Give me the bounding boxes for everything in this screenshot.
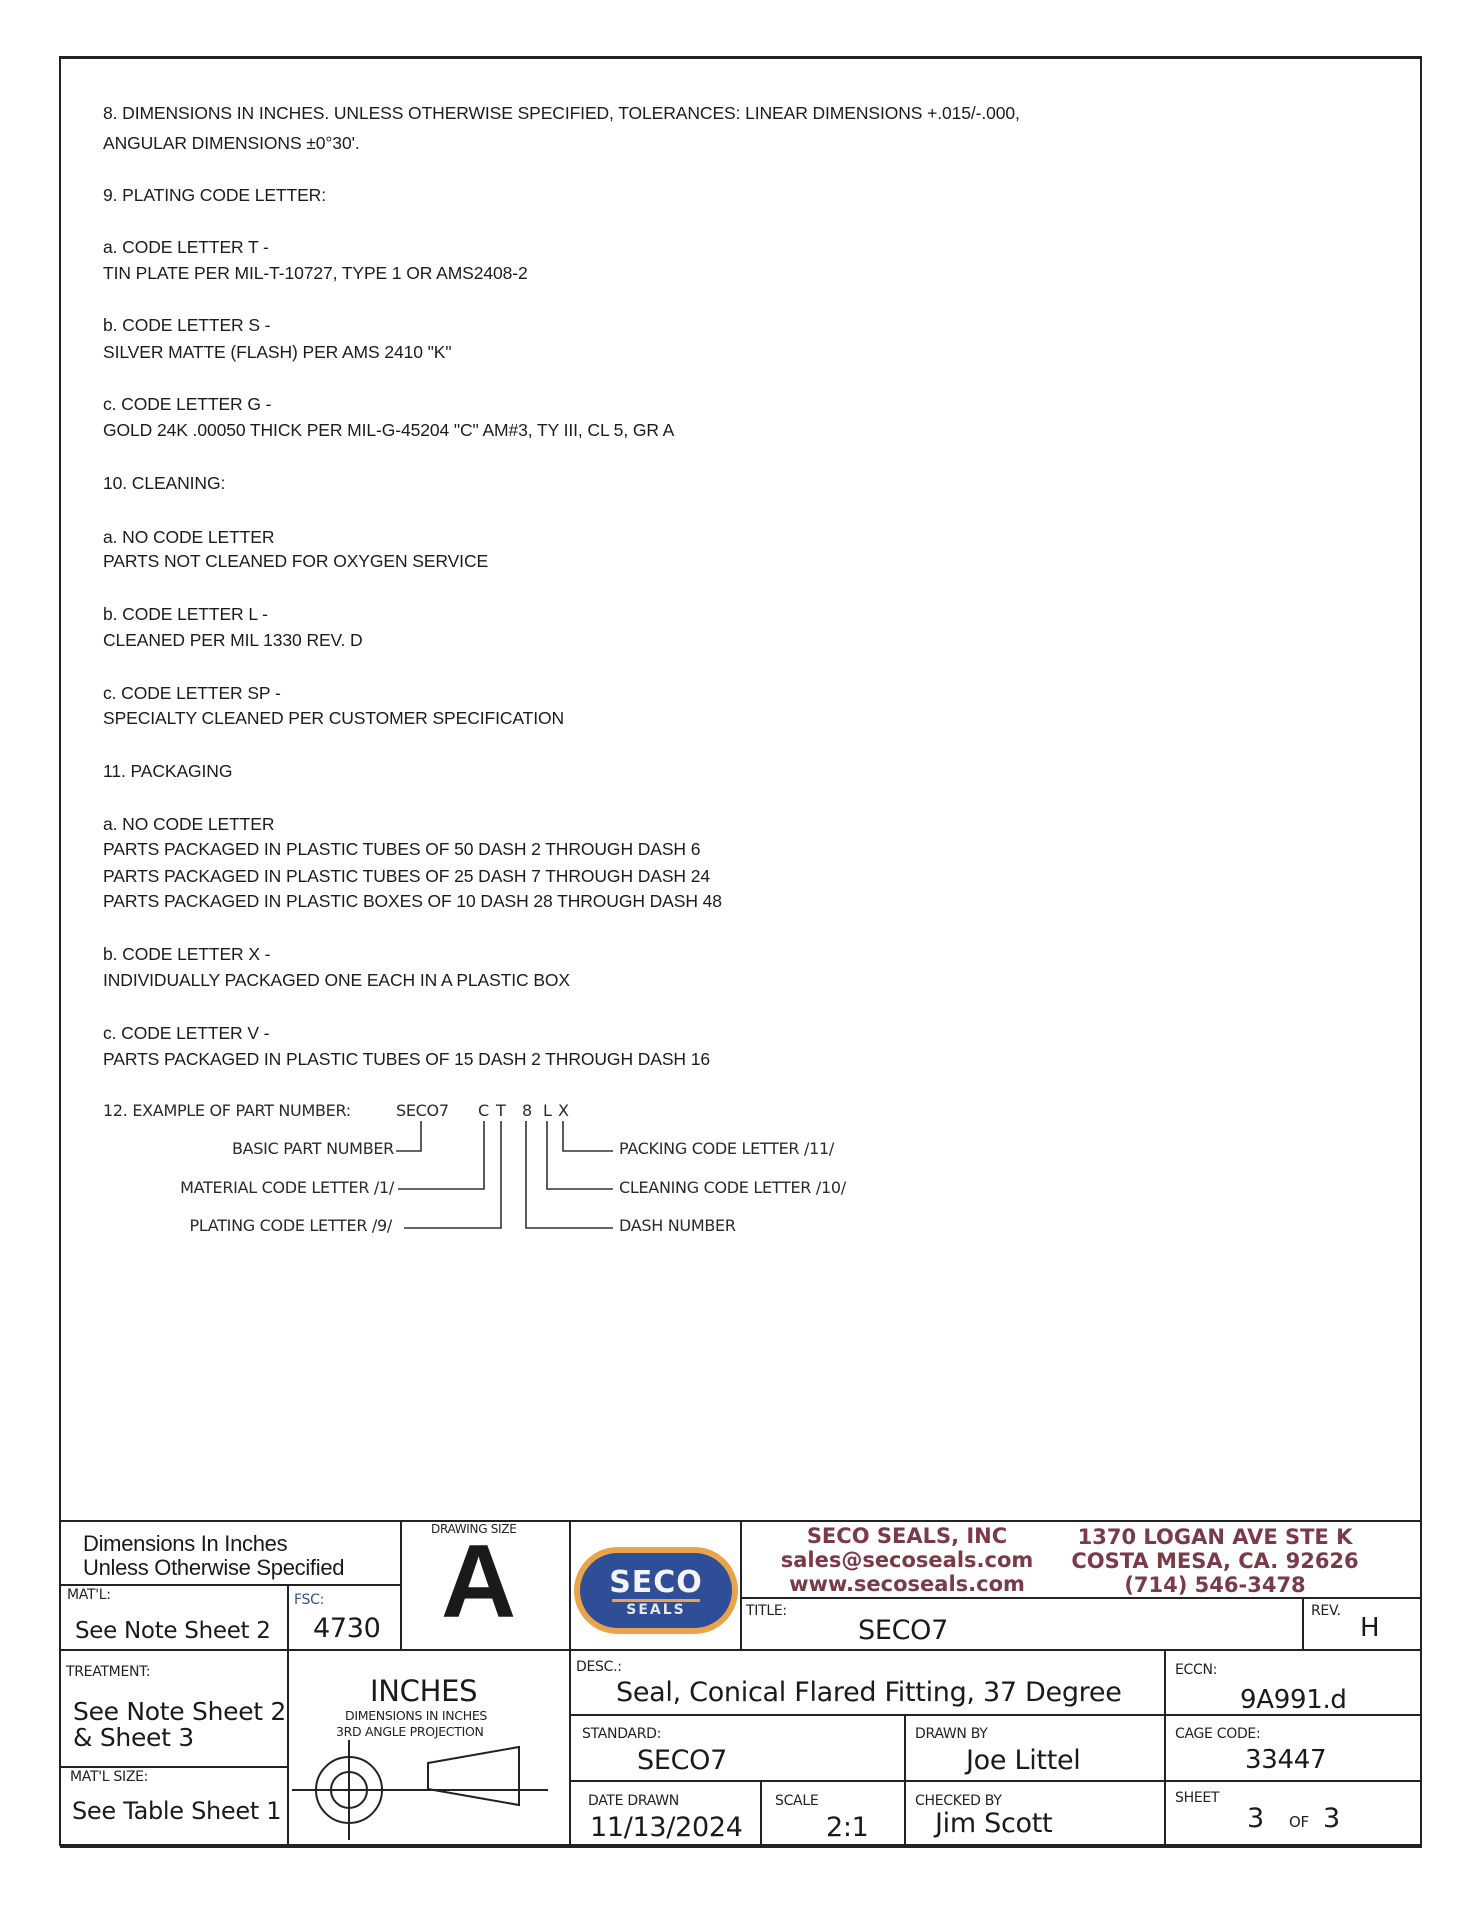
date-drawn-value: 11/13/2024	[590, 1812, 743, 1843]
company-name: SECO SEALS, INC	[742, 1524, 1072, 1548]
treatment-value-1: See Note Sheet 2	[73, 1697, 286, 1726]
logo-seco-text: SECO	[580, 1565, 732, 1600]
company-address: 1370 LOGAN AVE STE K COSTA MESA, CA. 926…	[1065, 1525, 1365, 1597]
title-value: SECO7	[858, 1615, 948, 1646]
sheet-total: 3	[1323, 1803, 1340, 1834]
scale-label: SCALE	[775, 1793, 818, 1809]
eccn-value: 9A991.d	[1240, 1685, 1347, 1715]
units-line-2: 3RD ANGLE PROJECTION	[336, 1724, 484, 1739]
desc-label: DESC.:	[576, 1659, 622, 1675]
dims-note-2: Unless Otherwise Specified	[83, 1555, 344, 1581]
company-web: www.secoseals.com	[742, 1572, 1072, 1596]
eccn-label: ECCN:	[1175, 1662, 1217, 1678]
address-line-2: COSTA MESA, CA. 92626	[1065, 1549, 1365, 1573]
rev-label: REV.	[1311, 1603, 1341, 1619]
address-line-1: 1370 LOGAN AVE STE K	[1065, 1525, 1365, 1549]
company-info: SECO SEALS, INC sales@secoseals.com www.…	[742, 1524, 1072, 1596]
desc-value: Seal, Conical Flared Fitting, 37 Degree	[616, 1677, 1122, 1708]
company-email: sales@secoseals.com	[742, 1548, 1072, 1572]
fsc-value: 4730	[313, 1613, 381, 1644]
standard-value: SECO7	[637, 1745, 727, 1776]
cage-code-label: CAGE CODE:	[1175, 1726, 1260, 1742]
callout-leaders	[0, 0, 1474, 1300]
drawing-size: A	[441, 1527, 516, 1637]
seco-seals-logo: SECO SEALS	[574, 1547, 738, 1634]
cage-code-value: 33447	[1245, 1745, 1326, 1775]
scale-value: 2:1	[826, 1812, 869, 1843]
logo-seals-text: SEALS	[580, 1602, 732, 1618]
matl-value: See Note Sheet 2	[75, 1618, 271, 1644]
title-label: TITLE:	[746, 1603, 787, 1619]
address-phone: (714) 546-3478	[1065, 1573, 1365, 1597]
matl-label: MAT'L:	[67, 1587, 111, 1603]
treatment-value-2: & Sheet 3	[73, 1723, 194, 1752]
date-drawn-label: DATE DRAWN	[588, 1793, 679, 1809]
units-big: INCHES	[370, 1674, 477, 1708]
standard-label: STANDARD:	[582, 1726, 661, 1742]
treatment-label: TREATMENT:	[66, 1664, 150, 1680]
sheet-label: SHEET	[1175, 1790, 1219, 1806]
drawn-by-value: Joe Littel	[966, 1745, 1081, 1776]
units-line-1: DIMENSIONS IN INCHES	[345, 1708, 487, 1723]
rev-value: H	[1360, 1613, 1379, 1643]
matl-size-value: See Table Sheet 1	[72, 1797, 281, 1825]
checked-by-label: CHECKED BY	[915, 1793, 1002, 1809]
drawn-by-label: DRAWN BY	[915, 1726, 988, 1742]
fsc-label: FSC:	[294, 1592, 324, 1608]
dims-note-1: Dimensions In Inches	[83, 1531, 287, 1557]
third-angle-projection-icon	[292, 1740, 562, 1840]
matl-size-label: MAT'L SIZE:	[70, 1769, 148, 1785]
sheet-number: 3	[1247, 1803, 1264, 1834]
checked-by-value: Jim Scott	[935, 1808, 1052, 1839]
sheet-of: OF	[1289, 1813, 1309, 1831]
